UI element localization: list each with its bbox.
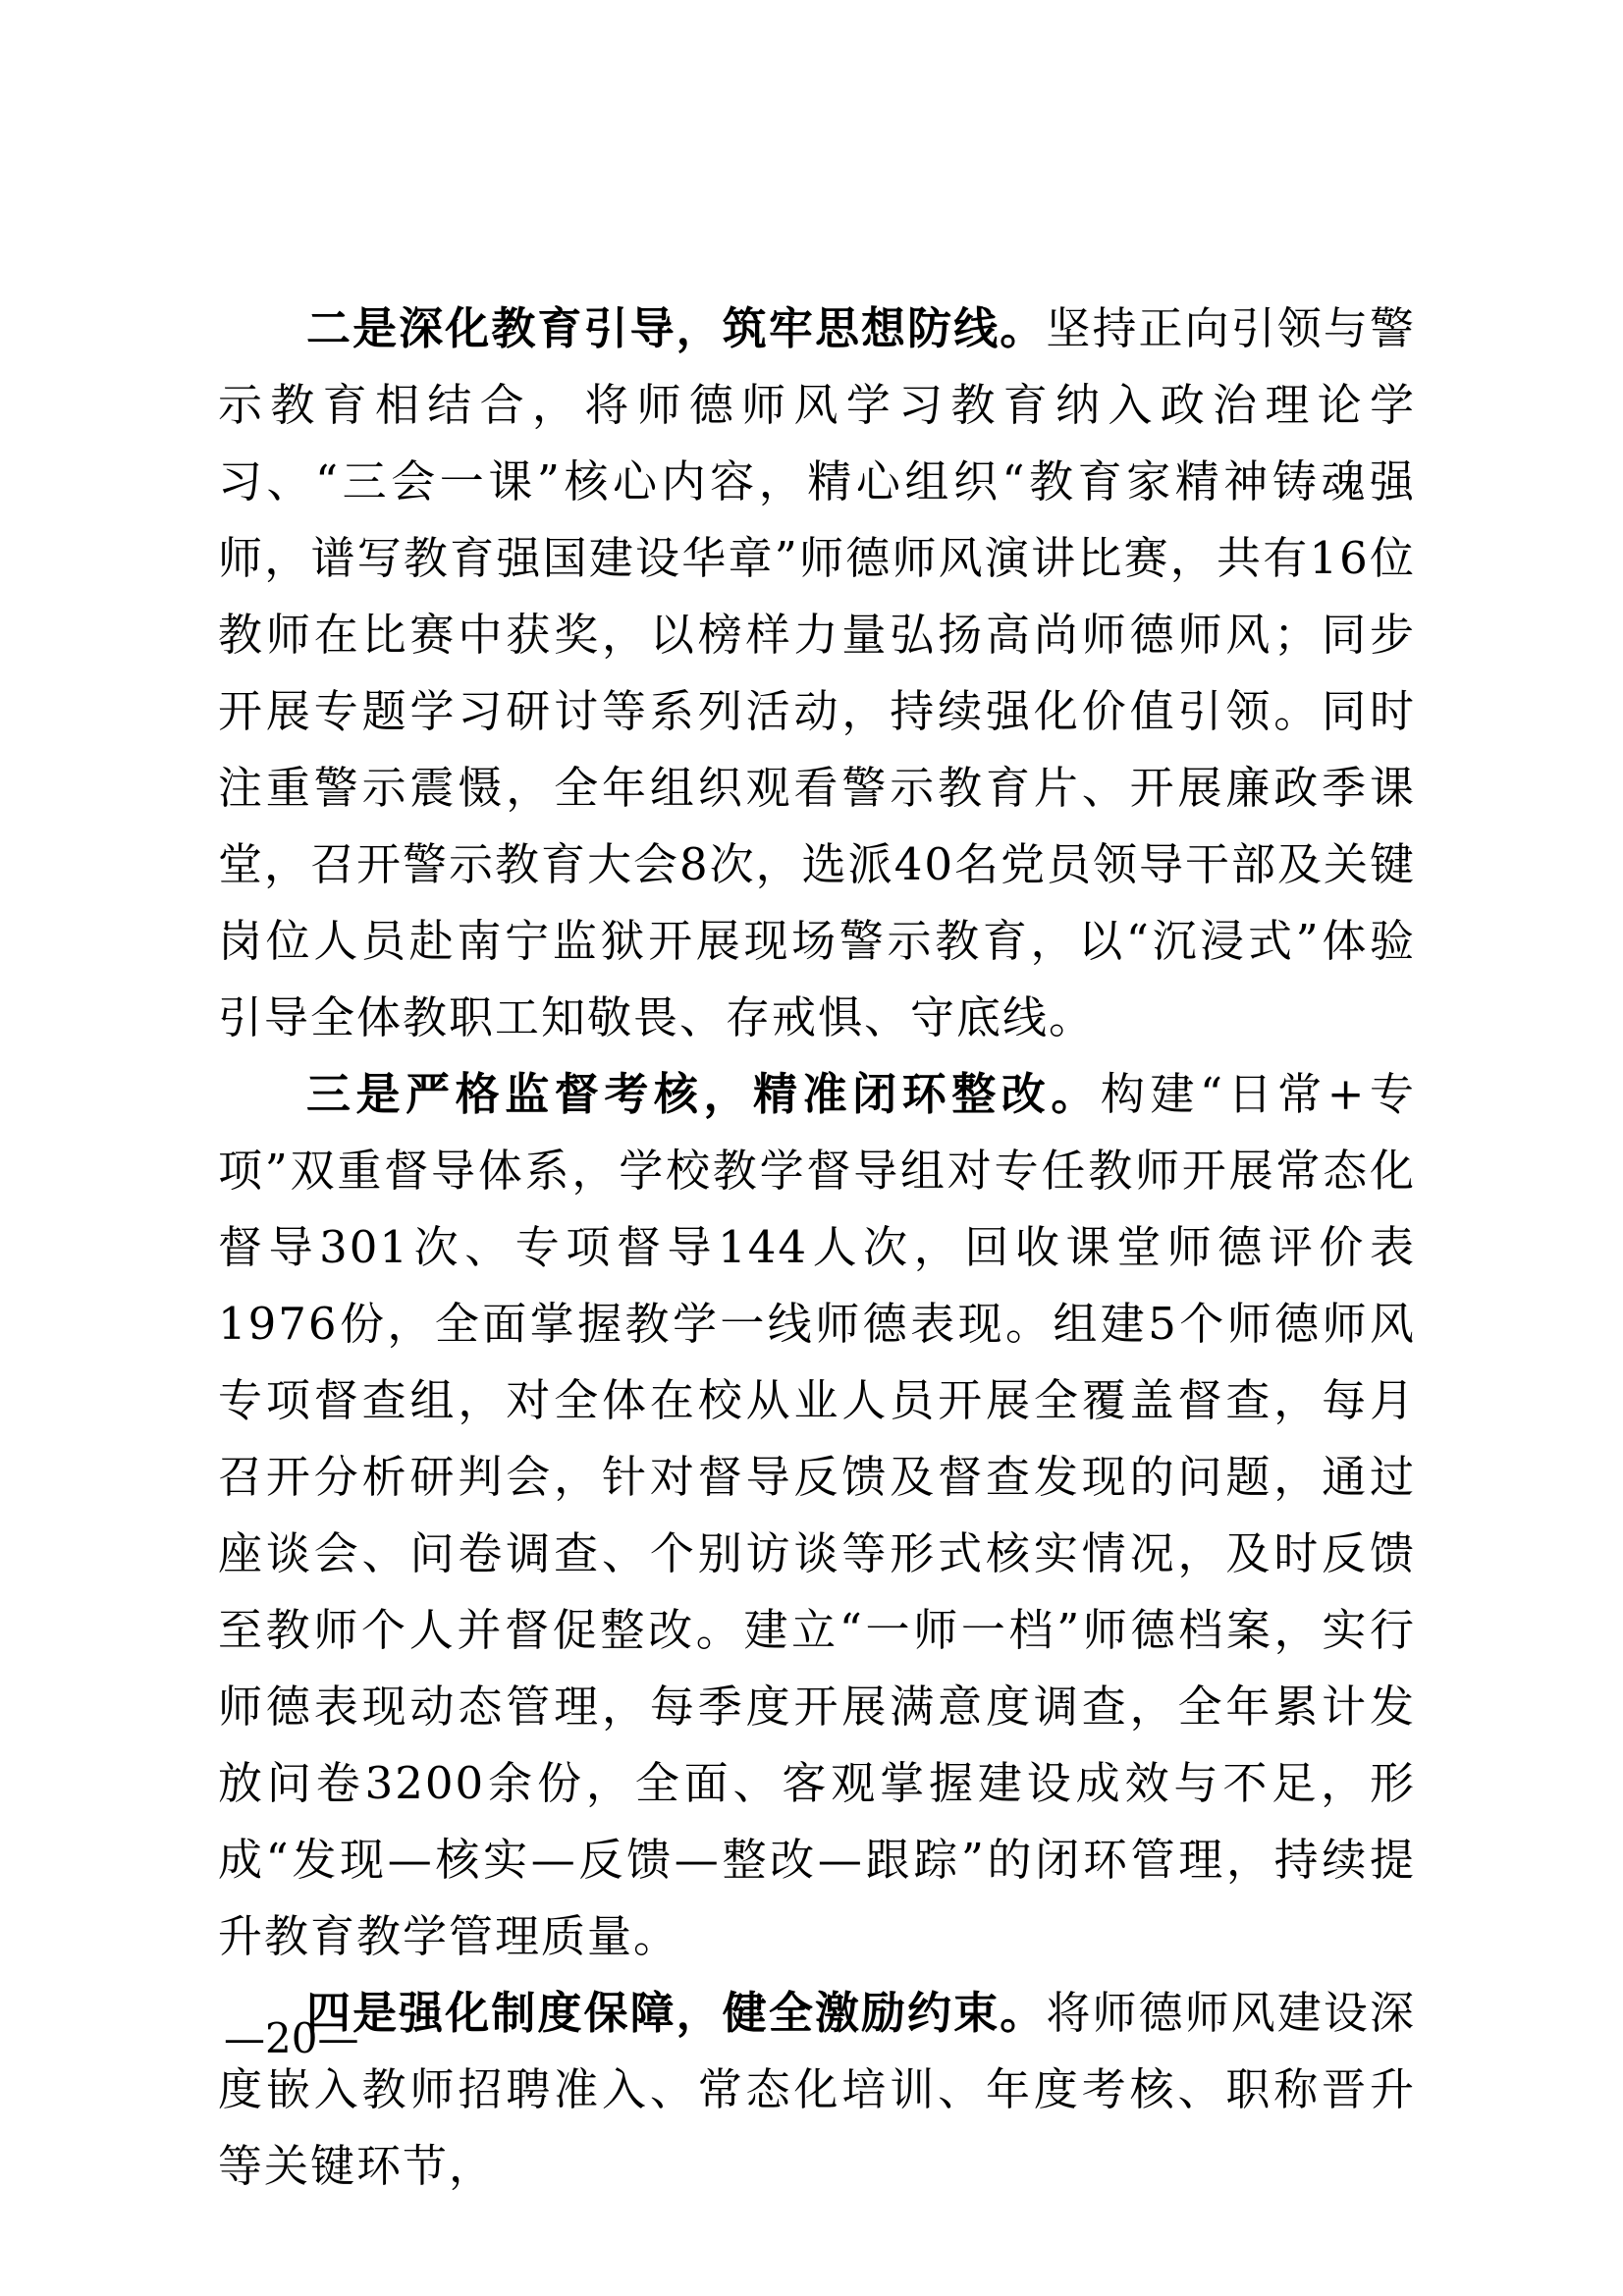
paragraph-2-text: 坚持正向引领与警示教育相结合，将师德师风学习教育纳入政治理论学习、“三会一课”核… bbox=[218, 302, 1416, 1043]
paragraph-3: 三是严格监督考核，精准闭环整改。构建“日常+专项”双重督导体系，学校教学督导组对… bbox=[218, 1056, 1416, 1975]
paragraph-2: 二是深化教育引导，筑牢思想防线。坚持正向引领与警示教育相结合，将师德师风学习教育… bbox=[218, 291, 1416, 1056]
paragraph-2-lead: 二是深化教育引导，筑牢思想防线。 bbox=[306, 302, 1046, 354]
paragraph-3-lead: 三是严格监督考核，精准闭环整改。 bbox=[306, 1068, 1101, 1120]
document-page: 二是深化教育引导，筑牢思想防线。坚持正向引领与警示教育相结合，将师德师风学习教育… bbox=[0, 0, 1623, 2296]
paragraph-3-text: 构建“日常+专项”双重督导体系，学校教学督导组对专任教师开展常态化督导301次、… bbox=[218, 1068, 1416, 1962]
paragraph-4: 四是强化制度保障，健全激励约束。将师德师风建设深度嵌入教师招聘准入、常态化培训、… bbox=[218, 1975, 1416, 2205]
paragraph-4-lead: 四是强化制度保障，健全激励约束。 bbox=[306, 1987, 1046, 2039]
page-number: —20— bbox=[224, 2014, 358, 2062]
document-body: 二是深化教育引导，筑牢思想防线。坚持正向引领与警示教育相结合，将师德师风学习教育… bbox=[218, 291, 1416, 2205]
